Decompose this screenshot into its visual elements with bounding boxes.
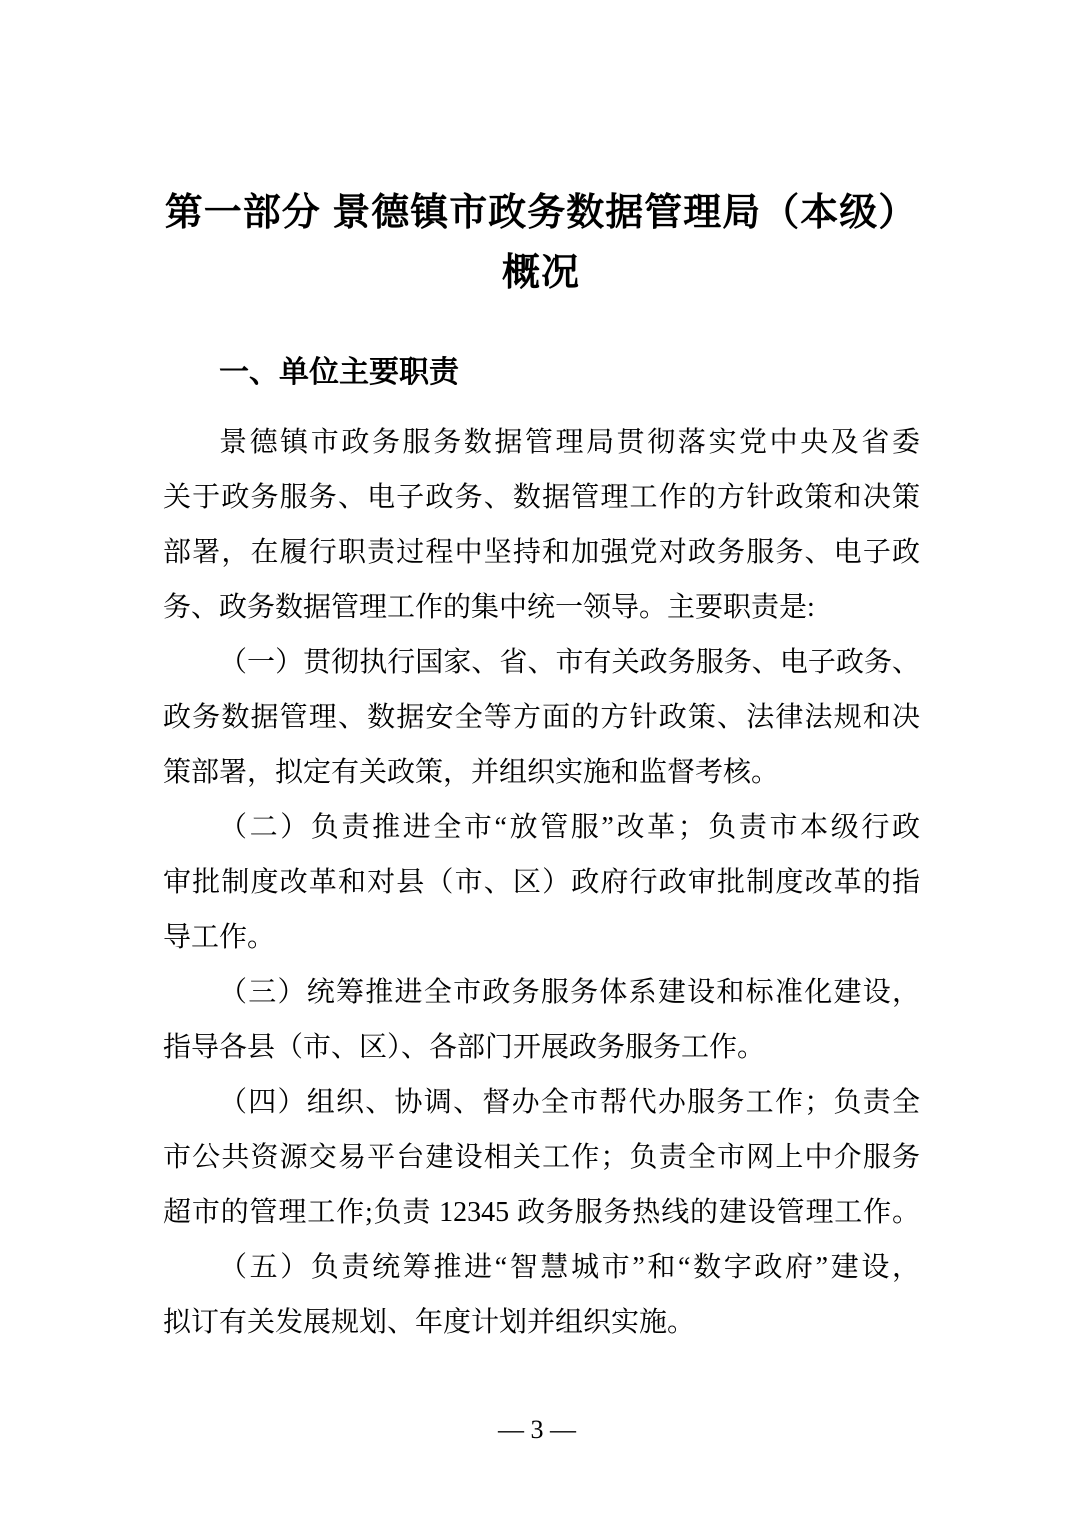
body-line: 策部署，拟定有关政策，并组织实施和监督考核。	[163, 745, 920, 800]
body-line: 拟订有关发展规划、年度计划并组织实施。	[163, 1295, 920, 1350]
document-body: 景德镇市政务服务数据管理局贯彻落实党中央及省委 关于政务服务、电子政务、数据管理…	[163, 415, 920, 1350]
body-line: （五）负责统筹推进“智慧城市”和“数字政府”建设，	[163, 1240, 920, 1295]
document-title-line-1: 第一部分 景德镇市政务数据管理局（本级）	[160, 183, 922, 243]
body-line: 市公共资源交易平台建设相关工作；负责全市网上中介服务	[163, 1130, 920, 1185]
document-title: 第一部分 景德镇市政务数据管理局（本级） 概况	[160, 183, 922, 303]
document-title-line-2: 概况	[160, 243, 922, 303]
body-line: 审批制度改革和对县（市、区）政府行政审批制度改革的指	[163, 855, 920, 910]
body-line: 导工作。	[163, 910, 920, 965]
body-line: 关于政务服务、电子政务、数据管理工作的方针政策和决策	[163, 470, 920, 525]
body-line: 指导各县（市、区）、各部门开展政务服务工作。	[163, 1020, 920, 1075]
body-line: 务、政务数据管理工作的集中统一领导。主要职责是:	[163, 580, 920, 635]
body-line: 政务数据管理、数据安全等方面的方针政策、法律法规和决	[163, 690, 920, 745]
body-line: （四）组织、协调、督办全市帮代办服务工作；负责全	[163, 1075, 920, 1130]
page-number: — 3 —	[0, 1415, 1074, 1445]
body-line: 超市的管理工作;负责 12345 政务服务热线的建设管理工作。	[163, 1185, 920, 1240]
body-line: 景德镇市政务服务数据管理局贯彻落实党中央及省委	[163, 415, 920, 470]
body-line: （三）统筹推进全市政务服务体系建设和标准化建设，	[163, 965, 920, 1020]
body-line: （一）贯彻执行国家、省、市有关政务服务、电子政务、	[163, 635, 920, 690]
section-heading: 一、单位主要职责	[163, 352, 920, 394]
body-line: （二）负责推进全市“放管服”改革；负责市本级行政	[163, 800, 920, 855]
body-line: 部署，在履行职责过程中坚持和加强党对政务服务、电子政	[163, 525, 920, 580]
document-page: 第一部分 景德镇市政务数据管理局（本级） 概况 一、单位主要职责 景德镇市政务服…	[0, 0, 1074, 1520]
